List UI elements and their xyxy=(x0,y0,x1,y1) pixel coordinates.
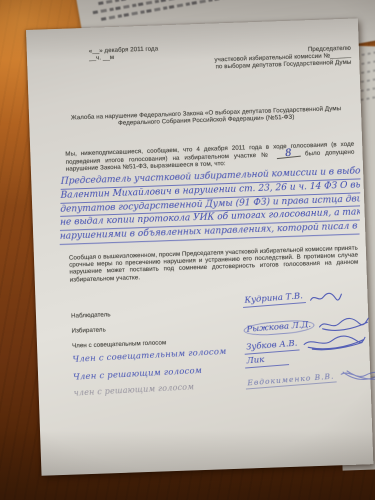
signature-section: Наблюдатель Кудрина Т.В. Избиратель Член… xyxy=(71,294,374,389)
signature-name: Рыжкова Л.Д. xyxy=(243,319,314,338)
signature-area: Зубков А.В. xyxy=(244,333,367,353)
signature-area: Лик xyxy=(244,354,288,368)
signature-name: Кудрина Т.В. xyxy=(242,291,305,308)
signature-area: Евдокименко В.В. xyxy=(245,367,375,388)
signature-flourish xyxy=(317,315,370,333)
precinct-number-handwritten: 8 xyxy=(276,149,301,159)
document-title: Жалоба на нарушение Федерального Закона … xyxy=(59,105,353,130)
closing-paragraph: Сообщая о вышеизложенном, просим Председ… xyxy=(69,245,359,284)
signature-area: Рыжкова Л.Д. xyxy=(243,315,369,335)
signature-flourish xyxy=(302,333,367,351)
signature-name: Лик xyxy=(244,353,289,368)
signature-name: Зубков А.В. xyxy=(244,338,300,354)
signer-label: член с решающим голосом xyxy=(73,382,194,397)
document-content: «__» декабря 2011 года __ч. __м Председа… xyxy=(26,18,373,475)
signature-flourish xyxy=(308,291,342,304)
signature-area: Кудрина Т.В. xyxy=(242,291,342,306)
photo-desk-scene: «__» декабря 2011 года __ч. __м Председа… xyxy=(0,0,375,500)
signature-name: Евдокименко В.В. xyxy=(245,371,337,389)
signature-flourish xyxy=(339,367,375,385)
handwritten-complaint: Председатель участковой избирательной ко… xyxy=(60,165,361,245)
complaint-document: «__» декабря 2011 года __ч. __м Председа… xyxy=(26,18,373,475)
